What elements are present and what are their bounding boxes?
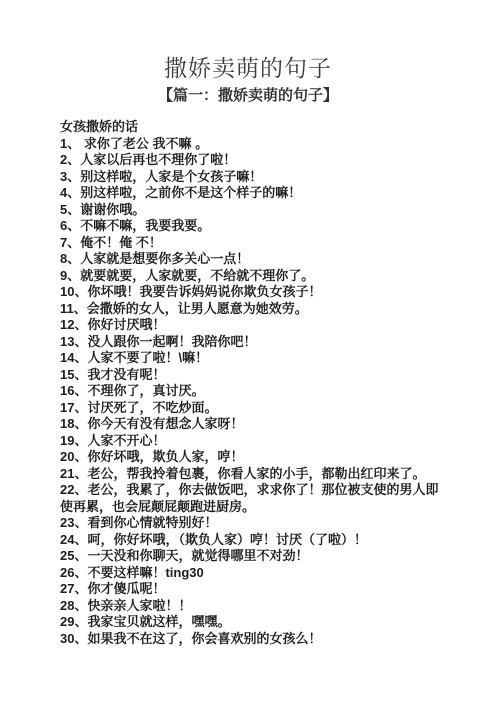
- document-page: 撒娇卖萌的句子 【篇一：撒娇卖萌的句子】 女孩撒娇的话 1、 求你了老公 我不嘛…: [0, 0, 496, 702]
- list-item: 9、就要就要，人家就要，不给就不理你了。: [60, 268, 446, 285]
- list-item: 7、俺不！俺 不！: [60, 235, 446, 252]
- list-item: 10、你坏哦！我要告诉妈妈说你欺负女孩子！: [60, 284, 446, 301]
- list-item: 21、老公，帮我拎着包裹，你看人家的小手，都勒出红印来了。: [60, 466, 446, 483]
- list-items: 1、 求你了老公 我不嘛 。2、人家以后再也不理你了啦！3、别这样啦，人家是个女…: [60, 136, 446, 648]
- list-item: 29、我家宝贝就这样，嘿嘿。: [60, 614, 446, 631]
- list-item: 8、人家就是想要你多关心一点！: [60, 251, 446, 268]
- list-item: 23、看到你心情就特别好！: [60, 515, 446, 532]
- list-item: 5、谢谢你哦。: [60, 202, 446, 219]
- list-item: 26、不要这样嘛！ting30: [60, 565, 446, 582]
- sentence-list-section: 女孩撒娇的话 1、 求你了老公 我不嘛 。2、人家以后再也不理你了啦！3、别这样…: [60, 119, 446, 647]
- list-item: 3、别这样啦，人家是个女孩子嘛！: [60, 169, 446, 186]
- list-item: 18、你今天有没有想念人家呀！: [60, 416, 446, 433]
- list-header: 女孩撒娇的话: [60, 119, 446, 136]
- section-subtitle: 【篇一：撒娇卖萌的句子】: [0, 87, 496, 106]
- list-item: 16、不理你了，真讨厌。: [60, 383, 446, 400]
- list-item: 12、你好讨厌哦！: [60, 317, 446, 334]
- list-item: 4、别这样啦，之前你不是这个样子的嘛！: [60, 185, 446, 202]
- list-item: 11、会撒娇的女人，让男人愿意为她效劳。: [60, 301, 446, 318]
- list-item: 14、人家不要了啦！\嘛！: [60, 350, 446, 367]
- list-item: 25、一天没和你聊天，就觉得哪里不对劲！: [60, 548, 446, 565]
- list-item: 6、不嘛不嘛，我要我要。: [60, 218, 446, 235]
- list-item: 24、呵，你好坏哦，（欺负人家）哼！讨厌（了啦）！: [60, 532, 446, 549]
- list-item: 2、人家以后再也不理你了啦！: [60, 152, 446, 169]
- list-item: 1、 求你了老公 我不嘛 。: [60, 136, 446, 153]
- list-item: 27、你才傻瓜呢！: [60, 581, 446, 598]
- list-item: 13、没人跟你一起啊！我陪你吧！: [60, 334, 446, 351]
- list-item: 30、如果我不在这了，你会喜欢别的女孩么！: [60, 631, 446, 648]
- list-item: 17、讨厌死了，不吃炒面。: [60, 400, 446, 417]
- list-item: 20、你好坏哦，欺负人家，哼！: [60, 449, 446, 466]
- list-item: 22、老公，我累了，你去做饭吧，求求你了！那位被支使的男人即使再累，也会屁颠屁颠…: [60, 482, 446, 515]
- page-title: 撒娇卖萌的句子: [0, 0, 496, 84]
- list-item: 19、人家不开心！: [60, 433, 446, 450]
- list-item: 28、快亲亲人家啦！！: [60, 598, 446, 615]
- list-item: 15、我才没有呢！: [60, 367, 446, 384]
